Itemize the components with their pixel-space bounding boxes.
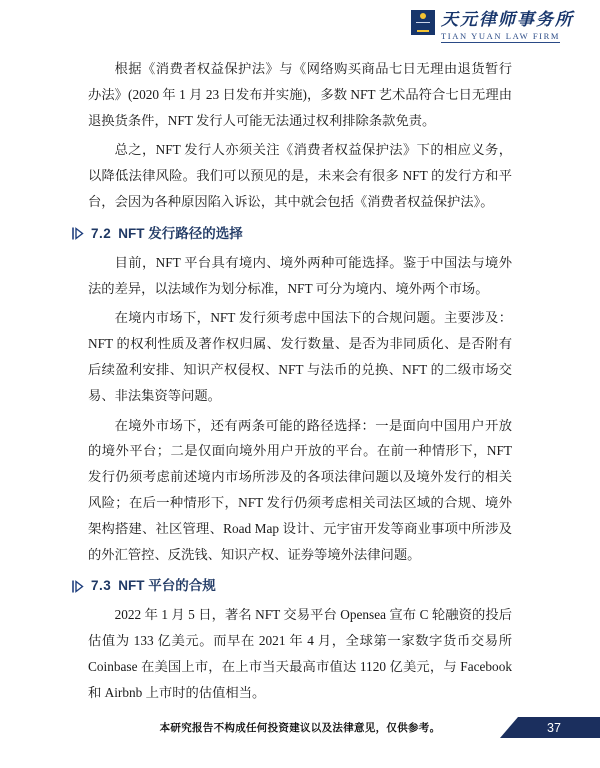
document-body: 根据《消费者权益保护法》与《网络购买商品七日无理由退货暂行办法》(2020 年 … [88,56,512,710]
logo-chinese-name: 天元律师事务所 [441,10,574,29]
section-heading-7.3: 7.3NFT 平台的合规 [72,574,512,598]
logo-dash [417,30,429,32]
section-number: 7.2 [91,222,111,246]
paragraph: 在境外市场下，还有两条可能的路径选择：一是面向中国用户开放的境外平台；二是仅面向… [88,413,512,568]
paragraph: 在境内市场下，NFT 发行须考虑中国法下的合规问题。主要涉及：NFT 的权利性质… [88,305,512,408]
paragraph: 总之，NFT 发行人亦须关注《消费者权益保护法》下的相应义务，以降低法律风险。我… [88,137,512,214]
logo-english-name: TIAN YUAN LAW FIRM [441,31,560,43]
section-marker-icon [72,227,84,240]
logo-dot [420,13,426,19]
law-firm-logo-mark-icon [411,10,435,35]
page-number: 37 [539,721,561,735]
section-title: NFT 发行路径的选择 [118,222,243,246]
section-heading-7.2: 7.2NFT 发行路径的选择 [72,222,512,246]
section-number: 7.3 [91,574,111,598]
section-title: NFT 平台的合规 [118,574,216,598]
logo-midline [416,22,430,27]
paragraph: 根据《消费者权益保护法》与《网络购买商品七日无理由退货暂行办法》(2020 年 … [88,56,512,133]
paragraph: 2022 年 1 月 5 日，著名 NFT 交易平台 Opensea 宣布 C … [88,602,512,705]
logo-text: 天元律师事务所 TIAN YUAN LAW FIRM [441,10,574,43]
paragraph: 目前，NFT 平台具有境内、境外两种可能选择。鉴于中国法与境外法的差异，以法域作… [88,250,512,302]
law-firm-logo: 天元律师事务所 TIAN YUAN LAW FIRM [411,10,574,43]
section-marker-icon [72,580,84,593]
